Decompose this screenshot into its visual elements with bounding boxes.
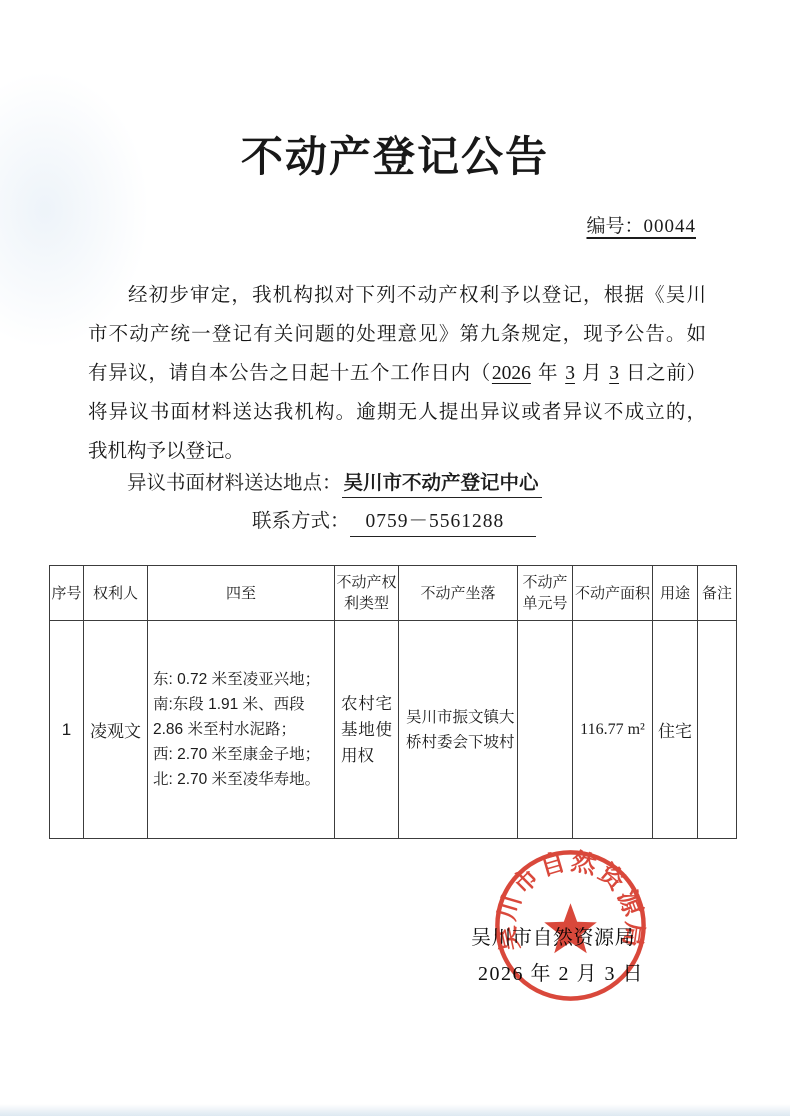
cell-right-type: 农村宅基地使用权 <box>335 621 399 839</box>
registration-table: 序号 权利人 四至 不动产权利类型 不动产坐落 不动产单元号 不动产面积 用途 … <box>49 565 737 839</box>
cell-location: 吴川市振文镇大桥村委会下坡村 <box>399 621 518 839</box>
cell-seq: 1 <box>50 621 84 839</box>
notice-document-page: 不动产登记公告 编号：00044 经初步审定，我机构拟对下列不动产权利予以登记，… <box>0 0 790 1116</box>
official-seal-stamp: 吴川市自然资源局 <box>489 844 652 1007</box>
delivery-address-value: 吴川市不动产登记中心 <box>342 467 542 498</box>
deadline-month: 3 <box>564 363 576 384</box>
header-cell-usage: 用途 <box>653 566 698 621</box>
cell-unit-no <box>518 621 573 839</box>
cell-usage: 住宅 <box>653 621 698 839</box>
notice-line-4: 将异议书面材料送达我机构。逾期无人提出异议或者异议不成立的， <box>88 393 706 432</box>
delivery-address-label: 异议书面材料送达地点： <box>127 472 342 494</box>
cell-holder: 凌观文 <box>84 621 148 839</box>
doc-number-label: 编号： <box>586 216 643 237</box>
notice-paragraph: 经初步审定，我机构拟对下列不动产权利予以登记，根据《吴川 市不动产统一登记有关问… <box>88 276 706 471</box>
header-cell-seq: 序号 <box>50 566 84 621</box>
delivery-address-line: 异议书面材料送达地点：吴川市不动产登记中心 <box>127 467 542 498</box>
notice-line-2: 市不动产统一登记有关问题的处理意见》第九条规定，现予公告。如 <box>88 315 706 354</box>
deadline-year: 2026 <box>491 363 532 384</box>
table-row: 1 凌观文 东: 0.72 米至凌亚兴地； 南:东段 1.91 米、西段 2.8… <box>50 621 737 839</box>
header-cell-right-type: 不动产权利类型 <box>335 566 399 621</box>
boundary-east: 东: 0.72 米至凌亚兴地； <box>153 667 329 692</box>
header-cell-area: 不动产面积 <box>573 566 653 621</box>
header-cell-location: 不动产坐落 <box>399 566 518 621</box>
boundary-south: 南:东段 1.91 米、西段 2.86 米至村水泥路； <box>153 692 329 742</box>
contact-line: 联系方式：0759－5561288 <box>252 505 536 537</box>
notice-line-5: 我机构予以登记。 <box>88 432 706 471</box>
header-cell-unit-no: 不动产单元号 <box>518 566 573 621</box>
notice-line-3: 有异议，请自本公告之日起十五个工作日内（2026 年 3 月 3 日之前） <box>88 354 706 393</box>
doc-number-value: 00044 <box>644 216 697 237</box>
header-cell-remark: 备注 <box>698 566 737 621</box>
boundary-north: 北: 2.70 米至凌华寿地。 <box>153 767 329 792</box>
header-cell-boundaries: 四至 <box>148 566 335 621</box>
doc-number: 编号：00044 <box>586 211 696 238</box>
scan-artifact-bottom-edge <box>0 1104 790 1116</box>
contact-label: 联系方式： <box>252 510 350 532</box>
notice-line-1: 经初步审定，我机构拟对下列不动产权利予以登记，根据《吴川 <box>88 276 706 315</box>
boundary-west: 西: 2.70 米至康金子地； <box>153 742 329 767</box>
deadline-day: 3 <box>608 363 620 384</box>
cell-boundaries: 东: 0.72 米至凌亚兴地； 南:东段 1.91 米、西段 2.86 米至村水… <box>148 621 335 839</box>
contact-phone: 0759－5561288 <box>350 505 537 537</box>
cell-remark <box>698 621 737 839</box>
table-header-row: 序号 权利人 四至 不动产权利类型 不动产坐落 不动产单元号 不动产面积 用途 … <box>50 566 737 621</box>
cell-area: 116.77 m² <box>573 621 653 839</box>
seal-star-icon <box>544 903 597 953</box>
header-cell-holder: 权利人 <box>84 566 148 621</box>
page-title: 不动产登记公告 <box>0 124 790 184</box>
